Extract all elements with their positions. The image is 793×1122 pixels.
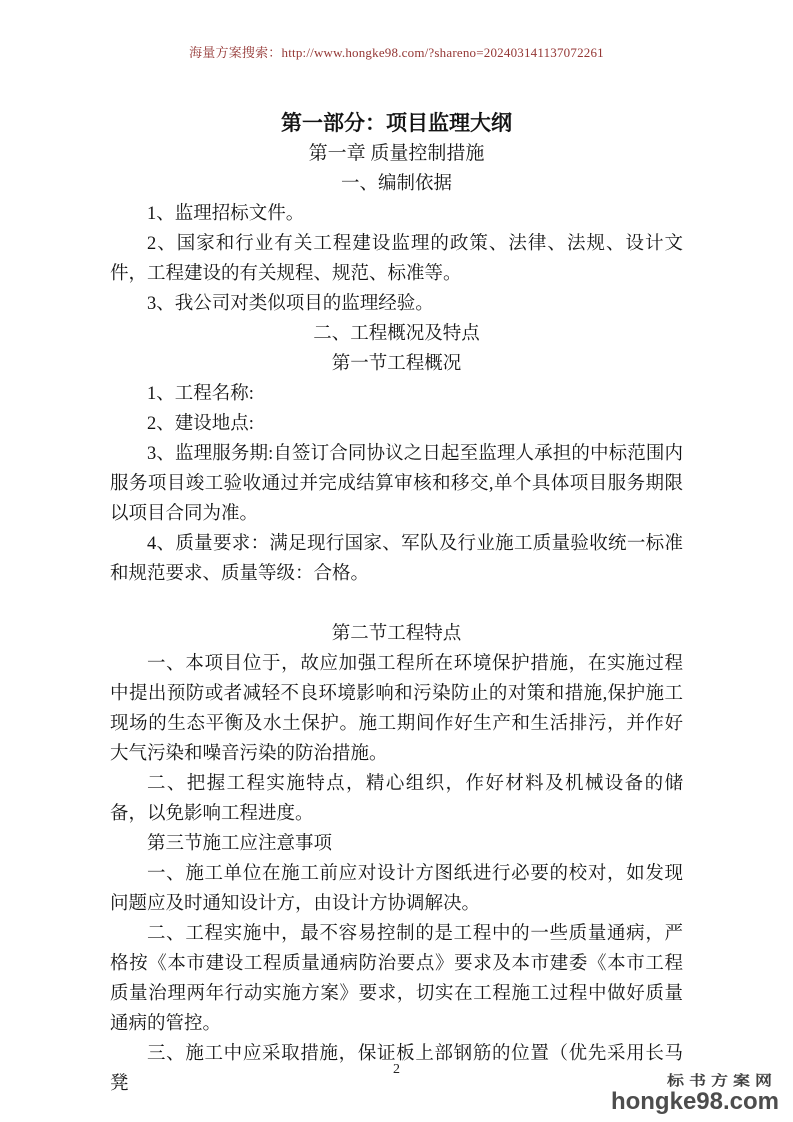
watermark-site-name: 标书方案网	[611, 1074, 777, 1088]
paragraph: 3、监理服务期:自签订合同协议之日起至监理人承担的中标范围内服务项目竣工验收通过…	[110, 439, 683, 529]
subsection-heading-project-overview: 第一节工程概况	[110, 349, 683, 379]
paragraph: 1、工程名称:	[110, 379, 683, 409]
chapter-heading: 第一章 质量控制措施	[110, 139, 683, 169]
document-page: 海量方案搜索：http://www.hongke98.com/?shareno=…	[0, 0, 793, 1122]
section-heading-basis: 一、编制依据	[110, 169, 683, 199]
paragraph: 1、监理招标文件。	[110, 199, 683, 229]
doc-title: 第一部分：项目监理大纲	[110, 108, 683, 139]
paragraph: 二、把握工程实施特点，精心组织，作好材料及机械设备的储备，以免影响工程进度。	[110, 769, 683, 829]
paragraph: 一、本项目位于，故应加强工程所在环境保护措施，在实施过程中提出预防或者减轻不良环…	[110, 649, 683, 769]
paragraph: 3、我公司对类似项目的监理经验。	[110, 289, 683, 319]
paragraph: 2、国家和行业有关工程建设监理的政策、法律、法规、设计文件，工程建设的有关规程、…	[110, 229, 683, 289]
watermark-logo: 标书方案网 hongke98.com	[611, 1071, 779, 1114]
watermark-domain: hongke98.com	[611, 1090, 779, 1114]
paragraph: 一、施工单位在施工前应对设计方图纸进行必要的校对，如发现问题应及时通知设计方，由…	[110, 859, 683, 919]
document-content: 第一部分：项目监理大纲 第一章 质量控制措施 一、编制依据 1、监理招标文件。 …	[110, 108, 683, 1099]
section-heading-overview: 二、工程概况及特点	[110, 319, 683, 349]
subsection-heading-construction-notes: 第三节施工应注意事项	[110, 829, 683, 859]
paragraph: 4、质量要求：满足现行国家、军队及行业施工质量验收统一标准和规范要求、质量等级：…	[110, 529, 683, 589]
subsection-heading-project-features: 第二节工程特点	[110, 619, 683, 649]
paragraph: 二、工程实施中，最不容易控制的是工程中的一些质量通病，严格按《本市建设工程质量通…	[110, 919, 683, 1039]
paragraph: 2、建设地点:	[110, 409, 683, 439]
header-share-link: 海量方案搜索：http://www.hongke98.com/?shareno=…	[0, 42, 793, 61]
